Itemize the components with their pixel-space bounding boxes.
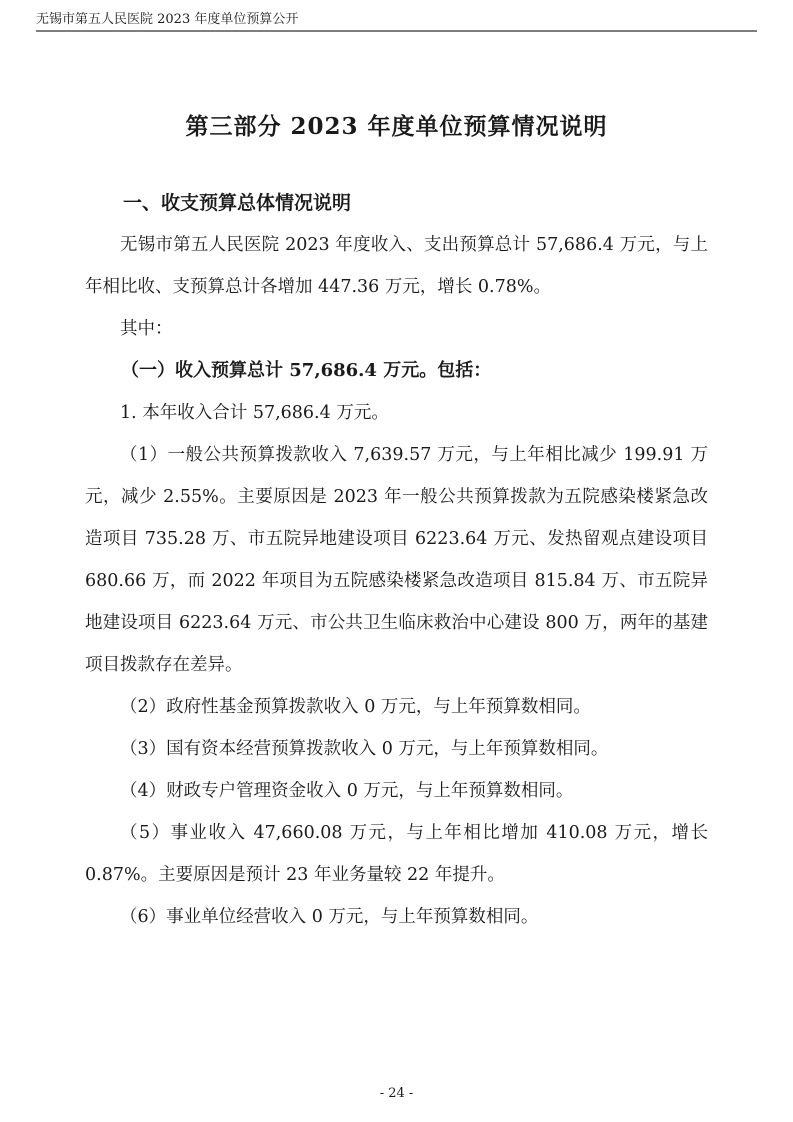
para-state-capital-budget-income: （3）国有资本经营预算拨款收入 0 万元，与上年预算数相同。	[85, 728, 708, 770]
page-footer: - 24 -	[0, 1085, 793, 1103]
para-annual-income-total: 1. 本年收入合计 57,686.4 万元。	[85, 392, 708, 434]
page-number: - 24 -	[380, 1086, 414, 1101]
para-business-income: （5）事业收入 47,660.08 万元，与上年相比增加 410.08 万元，增…	[85, 812, 708, 896]
para-fiscal-special-account-income: （4）财政专户管理资金收入 0 万元，与上年预算数相同。	[85, 770, 708, 812]
para-among-which: 其中：	[85, 308, 708, 350]
para-general-public-budget-income: （1）一般公共预算拨款收入 7,639.57 万元，与上年相比减少 199.91…	[85, 434, 708, 686]
document-title: 第三部分 2023 年度单位预算情况说明	[85, 109, 708, 145]
para-operating-income: （6）事业单位经营收入 0 万元，与上年预算数相同。	[85, 896, 708, 938]
document-page: 无锡市第五人民医院 2023 年度单位预算公开 第三部分 2023 年度单位预算…	[0, 0, 793, 1122]
para-budget-total: 无锡市第五人民医院 2023 年度收入、支出预算总计 57,686.4 万元，与…	[85, 224, 708, 308]
subheading-income-total: （一）收入预算总计 57,686.4 万元。包括：	[85, 350, 708, 392]
para-govt-fund-budget-income: （2）政府性基金预算拨款收入 0 万元，与上年预算数相同。	[85, 686, 708, 728]
section-heading-budget-overview: 一、收支预算总体情况说明	[85, 182, 708, 224]
document-body: 第三部分 2023 年度单位预算情况说明 一、收支预算总体情况说明 无锡市第五人…	[85, 0, 708, 938]
